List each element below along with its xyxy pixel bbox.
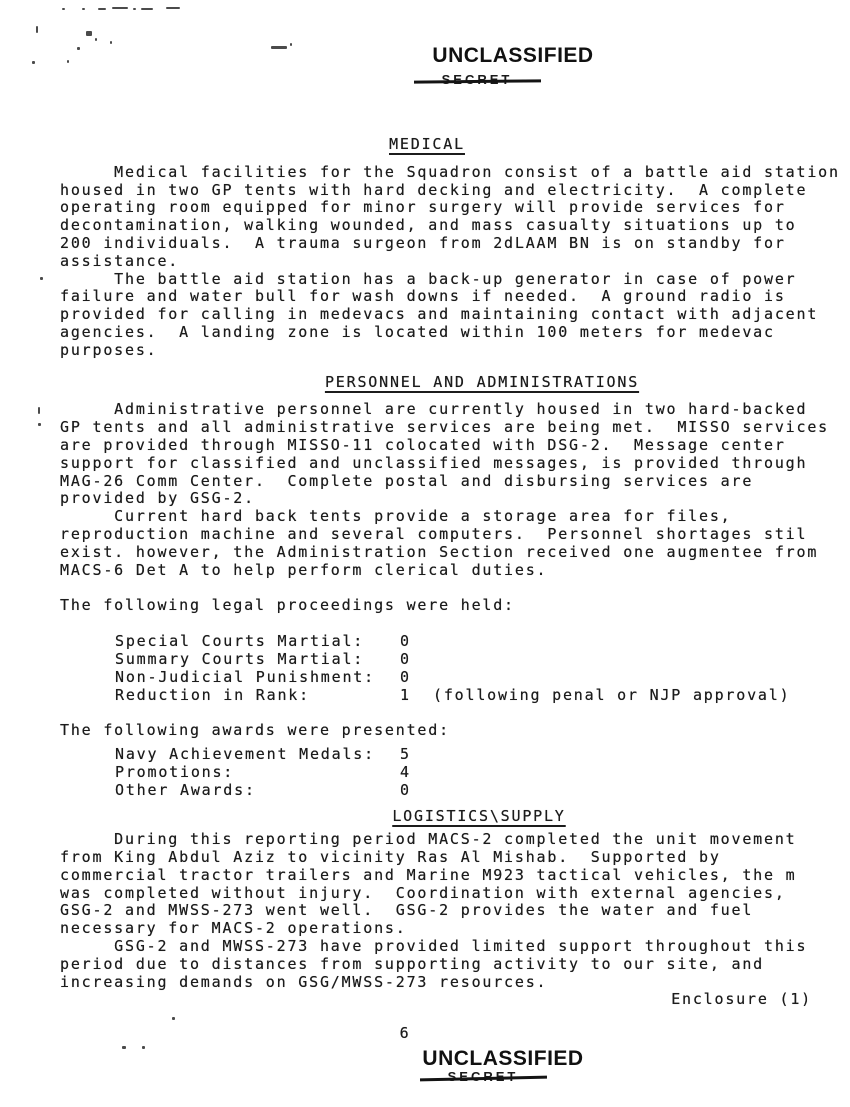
list-item-note — [433, 633, 848, 651]
list-item-value: 0 — [400, 633, 433, 651]
list-item: Promotions:4 — [115, 764, 848, 782]
scan-artifact-mark — [62, 8, 65, 10]
list-item: Non-Judicial Punishment:0 — [115, 669, 848, 687]
legal-proceedings-intro: The following legal proceedings were hel… — [60, 597, 848, 615]
list-item-label: Reduction in Rank: — [115, 687, 400, 705]
list-item-label: Non-Judicial Punishment: — [115, 669, 400, 687]
paragraph-logistics-1: During this reporting period MACS-2 comp… — [60, 831, 848, 938]
list-item-value: 5 — [400, 746, 433, 764]
list-item-label: Special Courts Martial: — [115, 633, 400, 651]
list-item-value: 4 — [400, 764, 433, 782]
list-item-value: 1 — [400, 687, 433, 705]
scan-artifact-mark — [112, 7, 128, 9]
paragraph-medical-2: The battle aid station has a back-up gen… — [60, 271, 848, 360]
list-item: Summary Courts Martial:0 — [115, 651, 848, 669]
paragraph-medical-1: Medical facilities for the Squadron cons… — [60, 164, 848, 271]
list-item-value: 0 — [400, 651, 433, 669]
section-heading-personnel: PERSONNEL AND ADMINISTRATIONS — [88, 374, 850, 392]
scan-artifact-mark — [82, 8, 85, 10]
unclassified-marking-top: UNCLASSIFIED — [88, 44, 850, 68]
list-item: Other Awards:0 — [115, 782, 848, 800]
secret-marking-line-bottom: SECRET — [60, 1068, 848, 1086]
section-heading-logistics: LOGISTICS\SUPPLY — [85, 808, 850, 826]
page-number: 6 — [11, 1025, 799, 1043]
scan-artifact-mark — [141, 8, 153, 10]
scan-artifact-mark — [40, 277, 43, 280]
scan-artifact-mark — [133, 8, 136, 10]
secret-marking-line-top: SECRET — [0, 69, 850, 88]
list-item-note — [433, 651, 848, 669]
list-item-label: Navy Achievement Medals: — [115, 746, 400, 764]
unclassified-marking-bottom: UNCLASSIFIED — [109, 1050, 850, 1068]
scan-artifact-mark — [98, 8, 106, 10]
scan-artifact-mark — [95, 38, 97, 41]
list-item-note: (following penal or NJP approval) — [433, 687, 848, 705]
scan-artifact-mark — [36, 26, 38, 33]
paragraph-personnel-2: Current hard back tents provide a storag… — [60, 508, 848, 579]
paragraph-logistics-2: GSG-2 and MWSS-273 have provided limited… — [60, 938, 848, 991]
classification-header: UNCLASSIFIED SECRET — [0, 44, 850, 88]
awards-list: Navy Achievement Medals:5 Promotions:4 O… — [115, 746, 848, 799]
list-item-value: 0 — [400, 669, 433, 687]
document-body: MEDICAL Medical facilities for the Squad… — [60, 136, 848, 1086]
scan-artifact-mark — [38, 407, 40, 414]
section-heading-medical: MEDICAL — [33, 136, 821, 154]
secret-marking-struck-top: SECRET — [442, 72, 513, 87]
list-item: Special Courts Martial:0 — [115, 633, 848, 651]
paragraph-personnel-1: Administrative personnel are currently h… — [60, 401, 848, 508]
awards-intro: The following awards were presented: — [60, 722, 848, 740]
list-item: Navy Achievement Medals:5 — [115, 746, 848, 764]
legal-proceedings-list: Special Courts Martial:0 Summary Courts … — [115, 633, 848, 704]
list-item-value: 0 — [400, 782, 433, 800]
list-item-label: Summary Courts Martial: — [115, 651, 400, 669]
list-item: Reduction in Rank:1(following penal or N… — [115, 687, 848, 705]
scan-artifact-mark — [166, 7, 180, 9]
document-page: UNCLASSIFIED SECRET MEDICAL Medical faci… — [0, 0, 850, 1107]
list-item-note — [433, 669, 848, 687]
list-item-label: Promotions: — [115, 764, 400, 782]
scan-artifact-mark — [86, 31, 92, 36]
list-item-label: Other Awards: — [115, 782, 400, 800]
enclosure-label: Enclosure (1) — [60, 991, 848, 1009]
scan-artifact-mark — [38, 423, 41, 426]
secret-marking-struck-bottom: SECRET — [448, 1068, 519, 1086]
